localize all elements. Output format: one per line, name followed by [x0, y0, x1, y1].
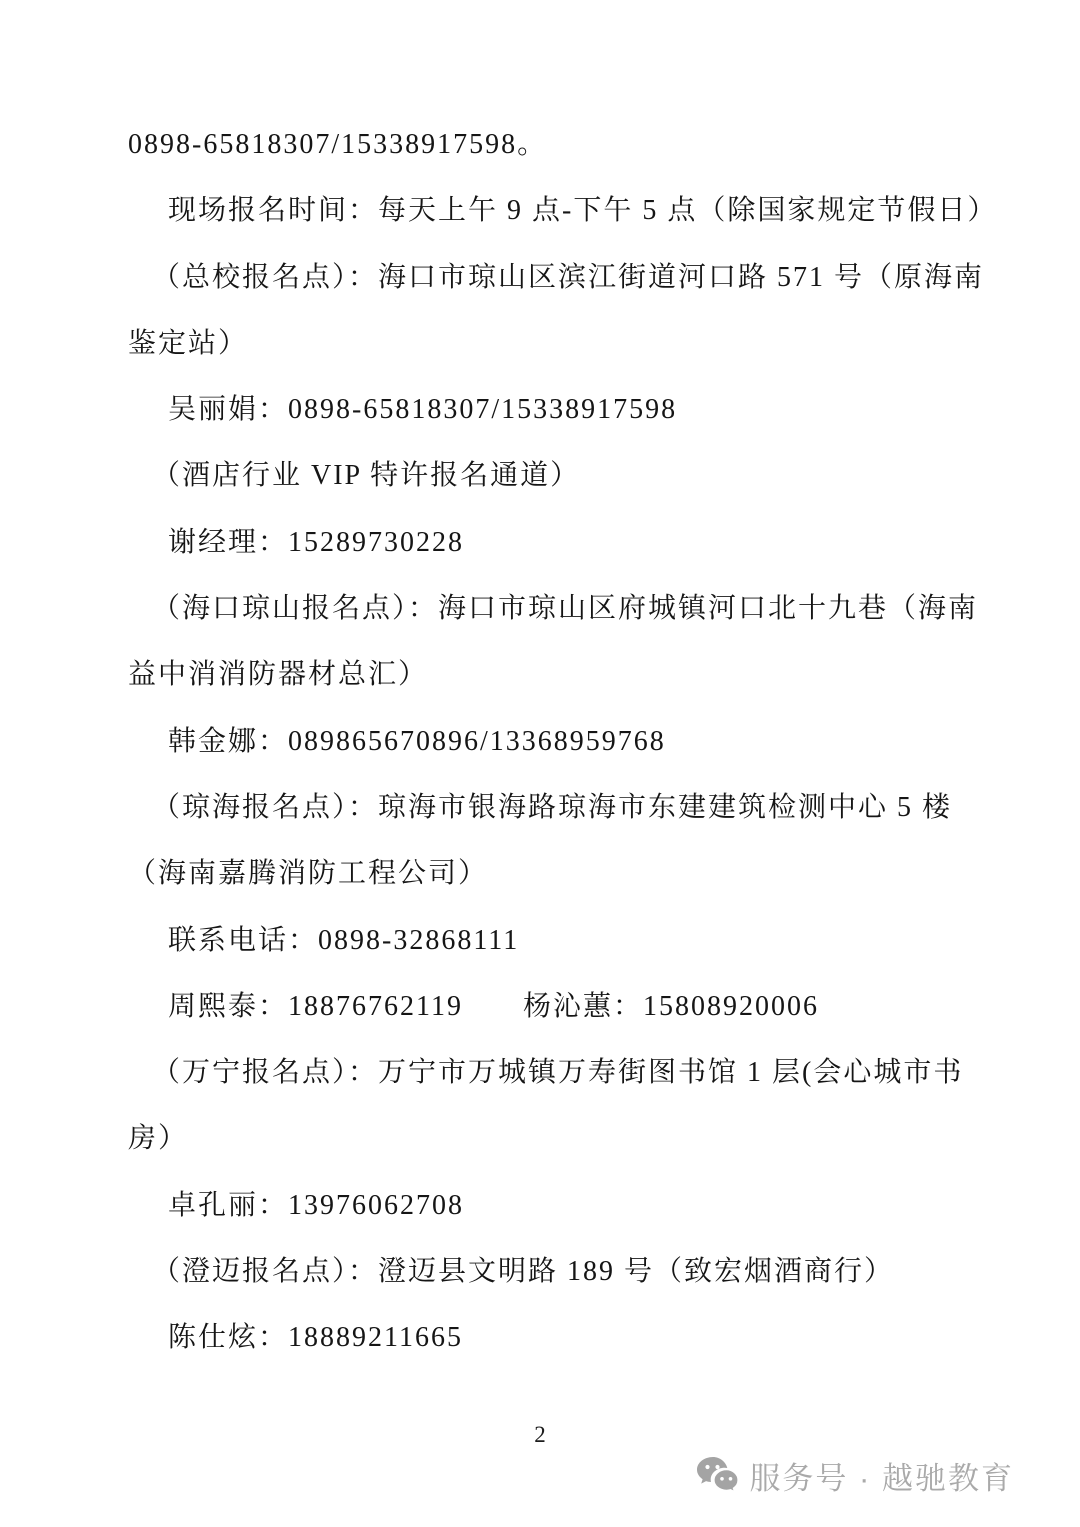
- watermark: 服务号 · 越驰教育: [696, 1453, 1014, 1498]
- text-line: （澄迈报名点）：澄迈县文明路 189 号（致宏烟酒商行）: [128, 1239, 958, 1305]
- page-number: 2: [0, 1422, 1080, 1448]
- text-line: （海口琼山报名点）：海口市琼山区府城镇河口北十九巷（海南: [128, 576, 958, 642]
- text-line: （海南嘉腾消防工程公司）: [128, 841, 958, 907]
- text-line: 吴丽娟：0898-65818307/15338917598: [128, 377, 958, 443]
- text-line: 现场报名时间：每天上午 9 点-下午 5 点（除国家规定节假日）: [128, 178, 958, 244]
- text-line: 鉴定站）: [128, 311, 958, 377]
- text-line: 周熙泰：18876762119 杨沁蕙：15808920006: [128, 974, 958, 1040]
- text-line: 0898-65818307/15338917598。: [128, 112, 958, 178]
- text-line: 陈仕炫：18889211665: [128, 1305, 958, 1371]
- text-line: 益中消消防器材总汇）: [128, 642, 958, 708]
- document-body: 0898-65818307/15338917598。现场报名时间：每天上午 9 …: [128, 112, 958, 1372]
- text-line: （万宁报名点）：万宁市万城镇万寿街图书馆 1 层(会心城市书: [128, 1040, 958, 1106]
- text-line: （琼海报名点）：琼海市银海路琼海市东建建筑检测中心 5 楼: [128, 775, 958, 841]
- text-line: （酒店行业 VIP 特许报名通道）: [128, 443, 958, 509]
- text-line: 韩金娜：089865670896/13368959768: [128, 709, 958, 775]
- text-line: 房）: [128, 1106, 958, 1172]
- watermark-text: 服务号 · 越驰教育: [749, 1453, 1014, 1498]
- text-line: （总校报名点）：海口市琼山区滨江街道河口路 571 号（原海南: [128, 245, 958, 311]
- text-line: 谢经理：15289730228: [128, 510, 958, 576]
- text-line: 卓孔丽：13976062708: [128, 1173, 958, 1239]
- text-line: 联系电话：0898-32868111: [128, 908, 958, 974]
- wechat-icon: [696, 1456, 740, 1496]
